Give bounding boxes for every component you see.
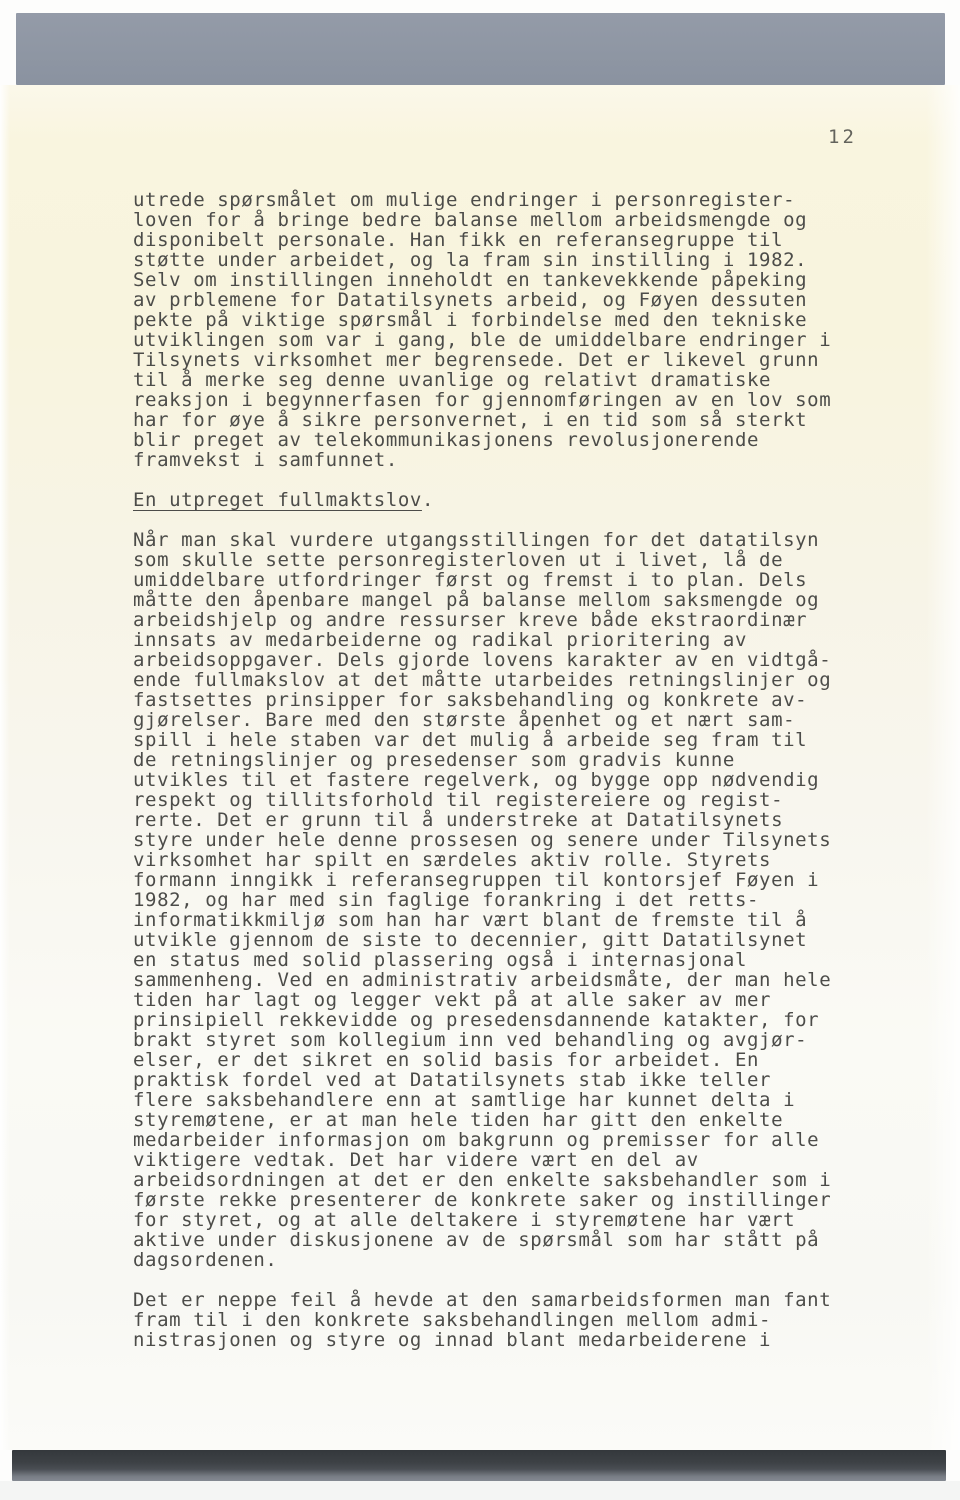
paragraph-gap bbox=[133, 510, 923, 530]
scanned-document-page: 12 utrede spørsmålet om mulige endringer… bbox=[0, 0, 960, 1500]
scanner-top-bar bbox=[16, 13, 945, 85]
section-heading-text: En utpreget fullmaktslov bbox=[133, 489, 422, 511]
paragraph-main: Når man skal vurdere utgangsstillingen f… bbox=[133, 530, 923, 1270]
paper-edge-left bbox=[0, 85, 10, 1450]
paper-edge-right bbox=[926, 85, 960, 1450]
scanner-bottom-bar bbox=[12, 1450, 946, 1481]
paragraph-gap bbox=[133, 470, 923, 490]
section-heading-period: . bbox=[422, 489, 434, 511]
section-heading: En utpreget fullmaktslov. bbox=[133, 490, 923, 510]
paragraph-continuation: utrede spørsmålet om mulige endringer i … bbox=[133, 190, 923, 470]
paragraph-closing: Det er neppe feil å hevde at den samarbe… bbox=[133, 1290, 923, 1350]
paragraph-gap bbox=[133, 1270, 923, 1290]
scan-bottom-margin bbox=[0, 1481, 960, 1500]
document-text-column: utrede spørsmålet om mulige endringer i … bbox=[133, 190, 923, 1350]
page-number: 12 bbox=[828, 126, 857, 148]
